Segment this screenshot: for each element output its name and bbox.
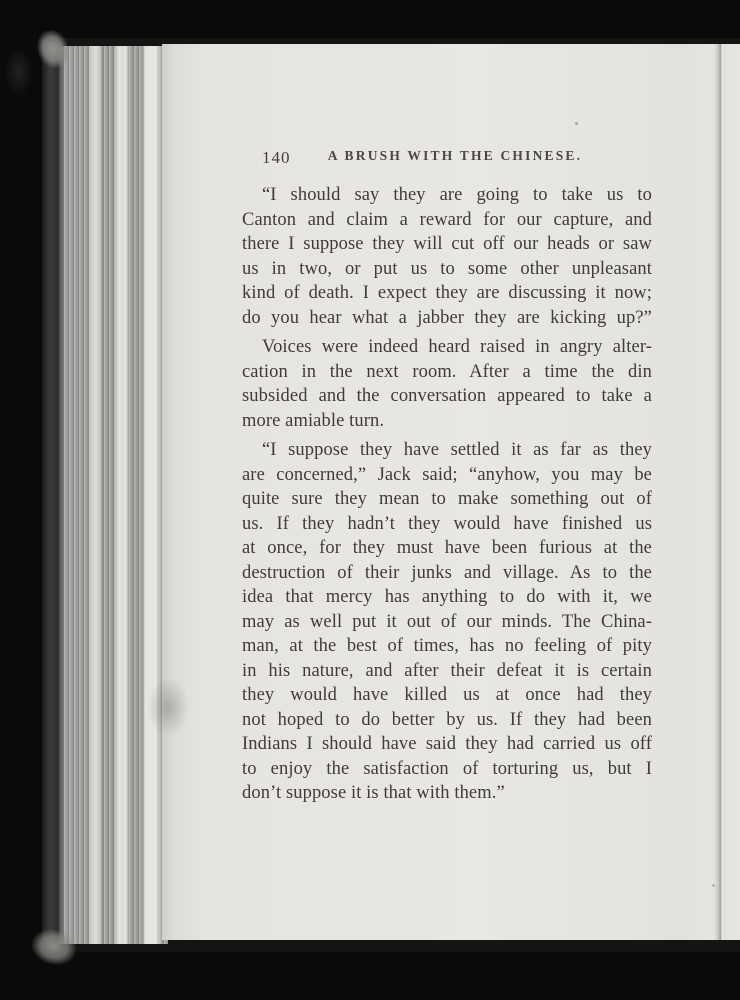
- text-line: cation in the next room. After a time th…: [242, 360, 652, 385]
- text-line: not hoped to do better by us. If they ha…: [242, 708, 652, 733]
- text-line: “I should say they are going to take us …: [242, 183, 652, 208]
- text-line: subsided and the conversation appeared t…: [242, 384, 652, 409]
- page-text: “I should say they are going to take us …: [242, 183, 652, 806]
- text-line: may as well put it out of our minds. The…: [242, 610, 652, 635]
- text-line: idea that mercy has anything to do with …: [242, 585, 652, 610]
- page-number: 140: [262, 148, 291, 168]
- text-line: man, at the best of times, has no feelin…: [242, 634, 652, 659]
- text-line: quite sure they mean to make something o…: [242, 487, 652, 512]
- text-line: us. If they hadn’t they would have finis…: [242, 512, 652, 537]
- text-line: are concerned,” Jack said; “anyhow, you …: [242, 463, 652, 488]
- text-line: in his nature, and after their defeat it…: [242, 659, 652, 684]
- text-line: don’t suppose it is that with them.”: [242, 781, 652, 806]
- text-line: Indians I should have said they had carr…: [242, 732, 652, 757]
- background-smudge: [4, 48, 34, 96]
- dust-speck: [575, 122, 578, 125]
- text-line: kind of death. I expect they are discuss…: [242, 281, 652, 306]
- photo-background: 140 A BRUSH WITH THE CHINESE. “I should …: [0, 0, 740, 1000]
- paragraph: Voices were indeed heard raised in angry…: [242, 335, 652, 433]
- text-line: us in two, or put us to some other unple…: [242, 257, 652, 282]
- text-line: there I suppose they will cut off our he…: [242, 232, 652, 257]
- book: 140 A BRUSH WITH THE CHINESE. “I should …: [42, 38, 740, 952]
- text-line: destruction of their junks and village. …: [242, 561, 652, 586]
- dust-speck: [712, 884, 715, 887]
- book-page: 140 A BRUSH WITH THE CHINESE. “I should …: [162, 44, 740, 940]
- text-line: “I suppose they have settled it as far a…: [242, 438, 652, 463]
- text-line: more amiable turn.: [242, 409, 652, 434]
- paragraph: “I should say they are going to take us …: [242, 183, 652, 330]
- page-crease: [714, 44, 726, 940]
- page-smudge: [146, 676, 190, 738]
- text-line: at once, for they must have been furious…: [242, 536, 652, 561]
- text-line: Canton and claim a reward for our captur…: [242, 208, 652, 233]
- text-line: Voices were indeed heard raised in angry…: [242, 335, 652, 360]
- page-header: 140 A BRUSH WITH THE CHINESE.: [242, 147, 652, 165]
- page-stack-edges: [58, 46, 168, 944]
- text-line: they would have killed us at once had th…: [242, 683, 652, 708]
- paragraph: “I suppose they have settled it as far a…: [242, 438, 652, 806]
- text-line: do you hear what a jabber they are kicki…: [242, 306, 652, 331]
- running-title: A BRUSH WITH THE CHINESE.: [312, 148, 582, 163]
- text-line: to enjoy the satisfaction of torturing u…: [242, 757, 652, 782]
